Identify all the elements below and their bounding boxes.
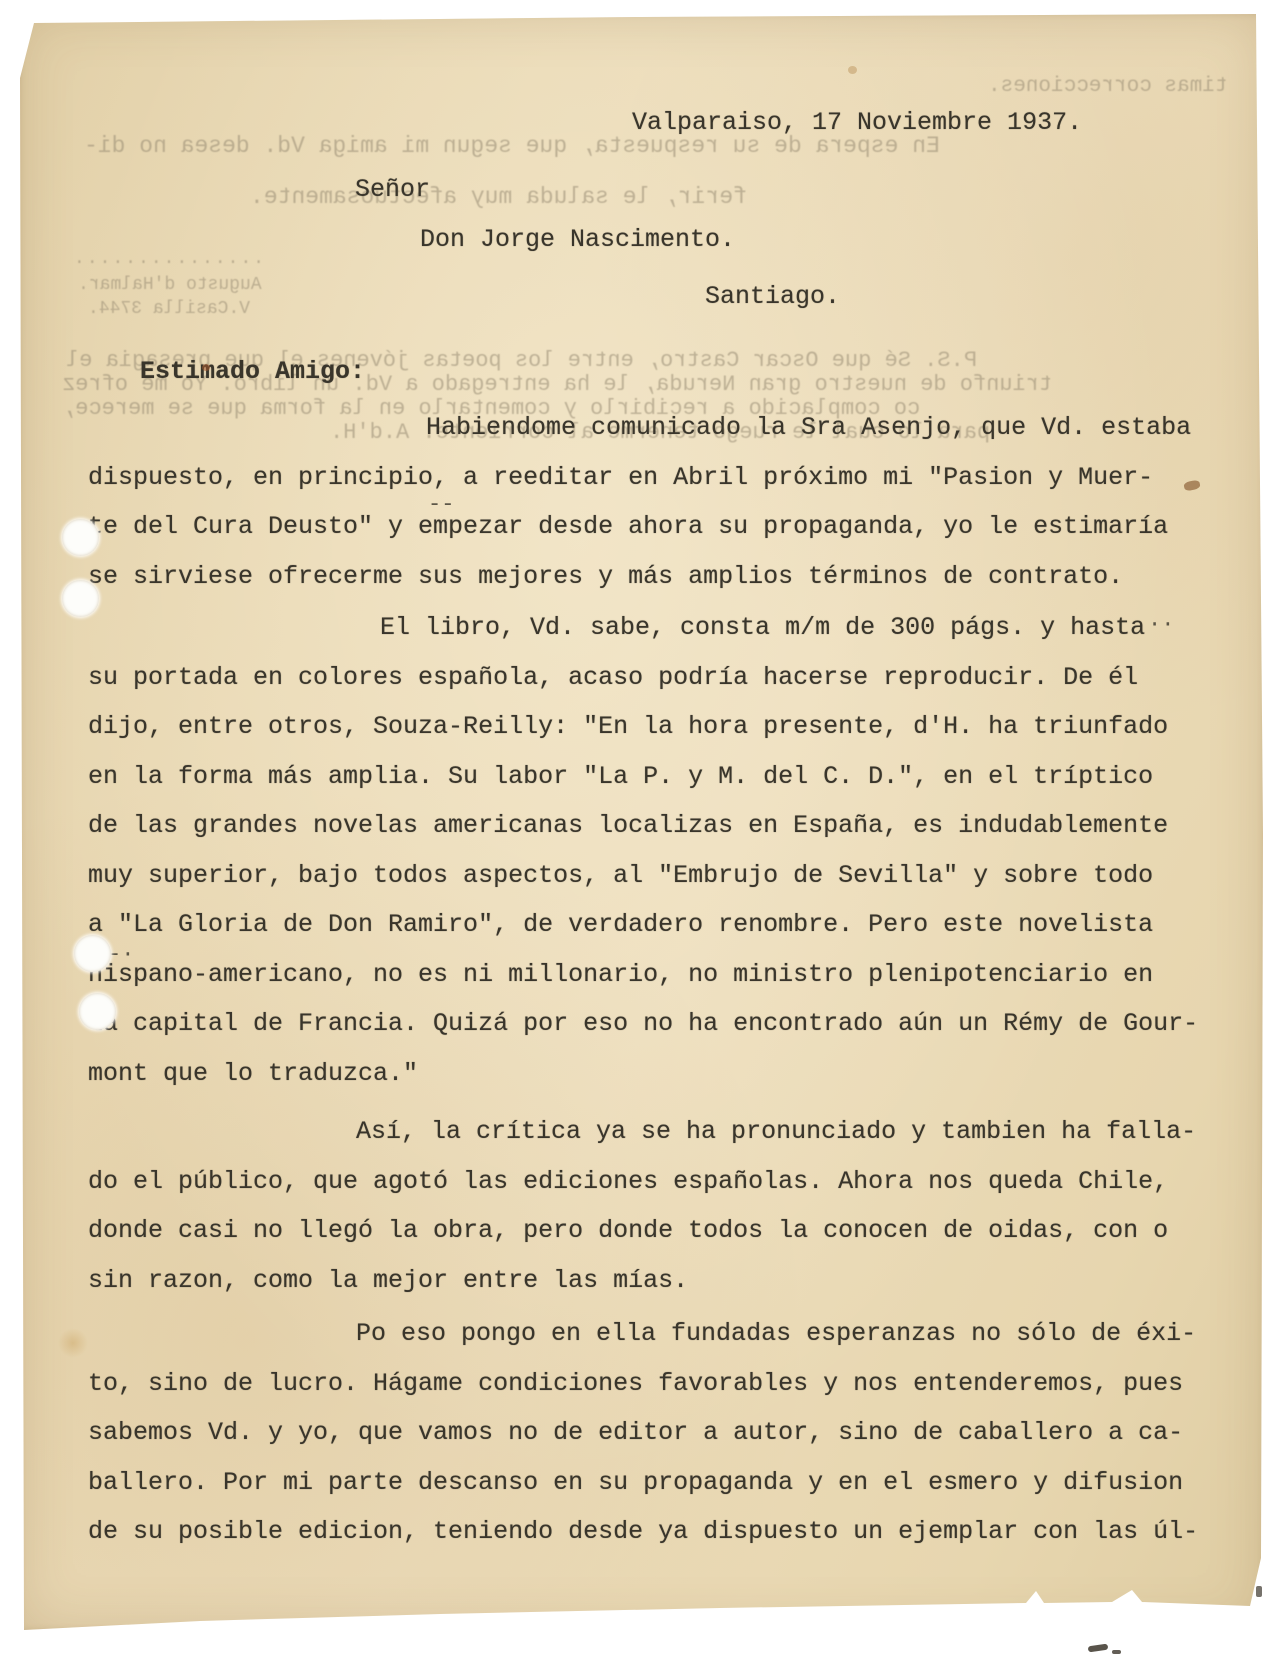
- letter-line: donde casi no llegó la obra, pero donde …: [88, 1206, 1218, 1256]
- typewriter-artifact: ··: [1148, 612, 1174, 637]
- punch-hole: [62, 580, 99, 617]
- letter-line: en la forma más amplia. Su labor "La P. …: [88, 752, 1218, 802]
- stain: [202, 364, 210, 371]
- letter-line: dijo, entre otros, Souza-Reilly: "En la …: [88, 702, 1218, 752]
- letter-line: mont que lo traduzca.": [88, 1049, 1218, 1099]
- letter-line: la capital de Francia. Quizá por eso no …: [88, 999, 1218, 1049]
- letter-line: ballero. Por mi parte descanso en su pro…: [88, 1458, 1218, 1508]
- recipient-city: Santiago.: [705, 282, 840, 312]
- stain: [848, 66, 857, 74]
- ink-speck: [1112, 1650, 1121, 1654]
- letter-line: El libro, Vd. sabe, consta m/m de 300 pá…: [88, 603, 1218, 653]
- typewriter-artifact: --: [428, 492, 454, 517]
- letter-line: Habiendome comunicado la Sra Asenjo, que…: [88, 403, 1218, 453]
- letter-line: a "La Gloria de Don Ramiro", de verdader…: [88, 900, 1218, 950]
- salutation: Estimado Amigo:: [140, 357, 365, 387]
- ink-speck: [1088, 1644, 1109, 1653]
- punch-hole: [79, 993, 116, 1030]
- letter-line: dispuesto, en principio, a reeditar en A…: [88, 453, 1218, 503]
- letter-line: Po eso pongo en ella fundadas esperanzas…: [88, 1309, 1218, 1359]
- letter-line: sin razon, como la mejor entre las mías.: [88, 1256, 1218, 1306]
- stain: [58, 1328, 88, 1358]
- letter-body: Habiendome comunicado la Sra Asenjo, que…: [88, 403, 1218, 1557]
- paragraph: Po eso pongo en ella fundadas esperanzas…: [88, 1309, 1218, 1557]
- letter-line: do el público, que agotó las ediciones e…: [88, 1157, 1218, 1207]
- paragraph: Así, la crítica ya se ha pronunciado y t…: [88, 1107, 1218, 1305]
- bleedthrough-text: ...............: [72, 250, 264, 269]
- ink-speck: [1256, 1586, 1262, 1597]
- letter-line: hispano-americano, no es ni millonario, …: [88, 950, 1218, 1000]
- bleedthrough-text: V.Casilla 3744.: [88, 300, 250, 319]
- letter-line: sabemos Vd. y yo, que vamos no de editor…: [88, 1408, 1218, 1458]
- punch-hole: [74, 935, 111, 972]
- letter-line: de las grandes novelas americanas locali…: [88, 801, 1218, 851]
- letter-line: de su posible edicion, teniendo desde ya…: [88, 1507, 1218, 1557]
- date-line: Valparaiso, 17 Noviembre 1937.: [632, 108, 1082, 138]
- letter-line: Así, la crítica ya se ha pronunciado y t…: [88, 1107, 1218, 1157]
- letter-line: muy superior, bajo todos aspectos, al "E…: [88, 851, 1218, 901]
- letter-line: te del Cura Deusto" y empezar desde ahor…: [88, 502, 1218, 552]
- punch-hole: [62, 519, 99, 556]
- letter-line: to, sino de lucro. Hágame condiciones fa…: [88, 1359, 1218, 1409]
- letter-line: su portada en colores española, acaso po…: [88, 653, 1218, 703]
- typewriter-artifact: -·: [108, 942, 134, 967]
- bleedthrough-text: Augusto d'Halmar.: [78, 276, 262, 295]
- bleedthrough-text: ferir, le saluda muy afectuosamente.: [250, 185, 747, 209]
- bleedthrough-text: timas correcciones.: [988, 76, 1227, 98]
- letter-line: se sirviese ofrecerme sus mejores y más …: [88, 552, 1218, 602]
- paragraph: El libro, Vd. sabe, consta m/m de 300 pá…: [88, 603, 1218, 1098]
- recipient-name: Don Jorge Nascimento.: [420, 225, 735, 255]
- recipient-title: Señor: [355, 175, 430, 205]
- paragraph: Habiendome comunicado la Sra Asenjo, que…: [88, 403, 1218, 601]
- scanned-letter-page: timas correcciones.En espera de su respu…: [0, 0, 1280, 1661]
